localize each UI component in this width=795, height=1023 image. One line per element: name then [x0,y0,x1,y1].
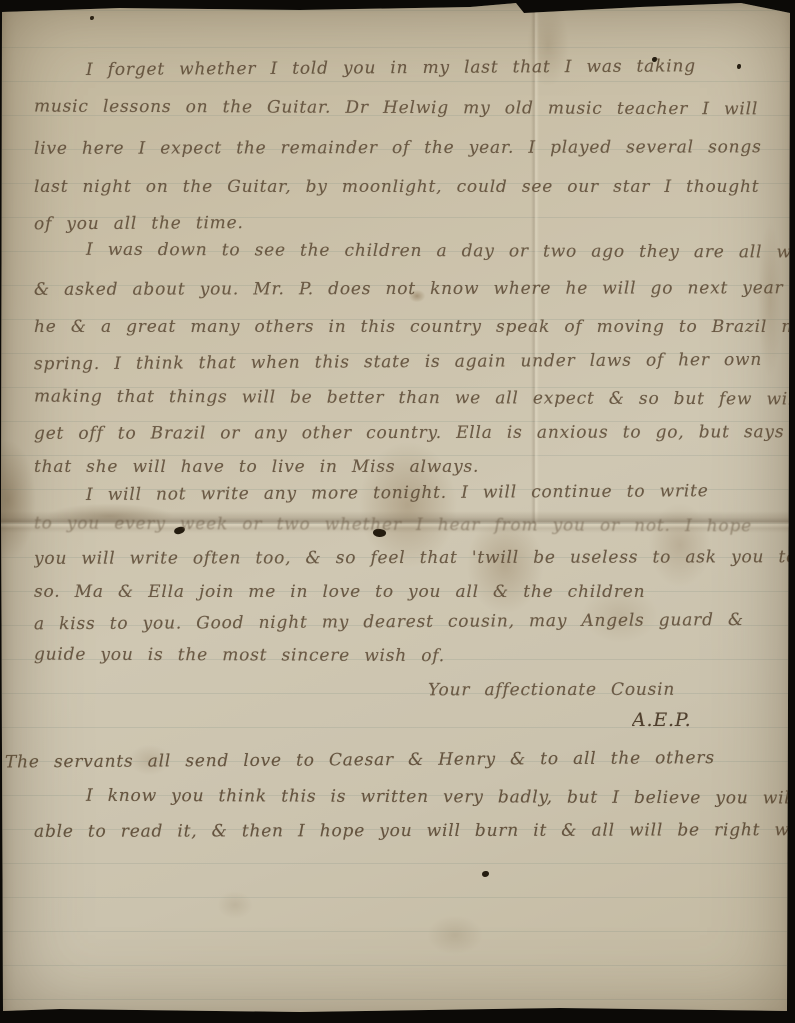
letter-line: I was down to see the children a day or … [34,239,791,264]
letter-line: making that things will be better than w… [34,386,791,411]
letter-line: guide you is the most sincere wish of. [34,644,791,669]
letter-line: a kiss to you. Good night my dearest cou… [34,609,791,636]
letter-line: I forget whether I told you in my last t… [34,55,791,82]
letter-line: of you all the time. [34,209,791,236]
scan-background: { "page": { "kind": "scanned handwritten… [0,0,795,1023]
handwritten-text-layer: I forget whether I told you in my last t… [0,0,795,1023]
letter-line: you will write often too, & so feel that… [34,546,791,570]
letter-line: last night on the Guitar, by moonlight, … [34,176,791,198]
letter-line: & asked about you. Mr. P. does not know … [34,277,791,301]
signature-initials: A.E.P. [632,709,691,731]
postscript-line: I know you think this is written very ba… [34,785,791,810]
closing-line: Your affectionate Cousin [428,679,675,702]
letter-line: music lessons on the Guitar. Dr Helwig m… [34,96,791,121]
letter-line: get off to Brazil or any other country. … [34,421,791,445]
letter-line: live here I expect the remainder of the … [34,136,791,160]
letter-line: I will not write any more tonight. I wil… [34,480,791,507]
letter-line: he & a great many others in this country… [34,316,791,338]
letter-paper: I forget whether I told you in my last t… [0,0,795,1023]
postscript-line: able to read it, & then I hope you will … [34,819,791,843]
letter-line: that she will have to live in Miss alway… [34,456,791,478]
letter-line: so. Ma & Ella join me in love to you all… [34,581,791,603]
letter-line: spring. I think that when this state is … [34,349,791,376]
postscript-line: The servants all send love to Caesar & H… [5,747,791,774]
letter-line-faded-on-fold: to you every week or two whether I hear … [34,513,791,538]
